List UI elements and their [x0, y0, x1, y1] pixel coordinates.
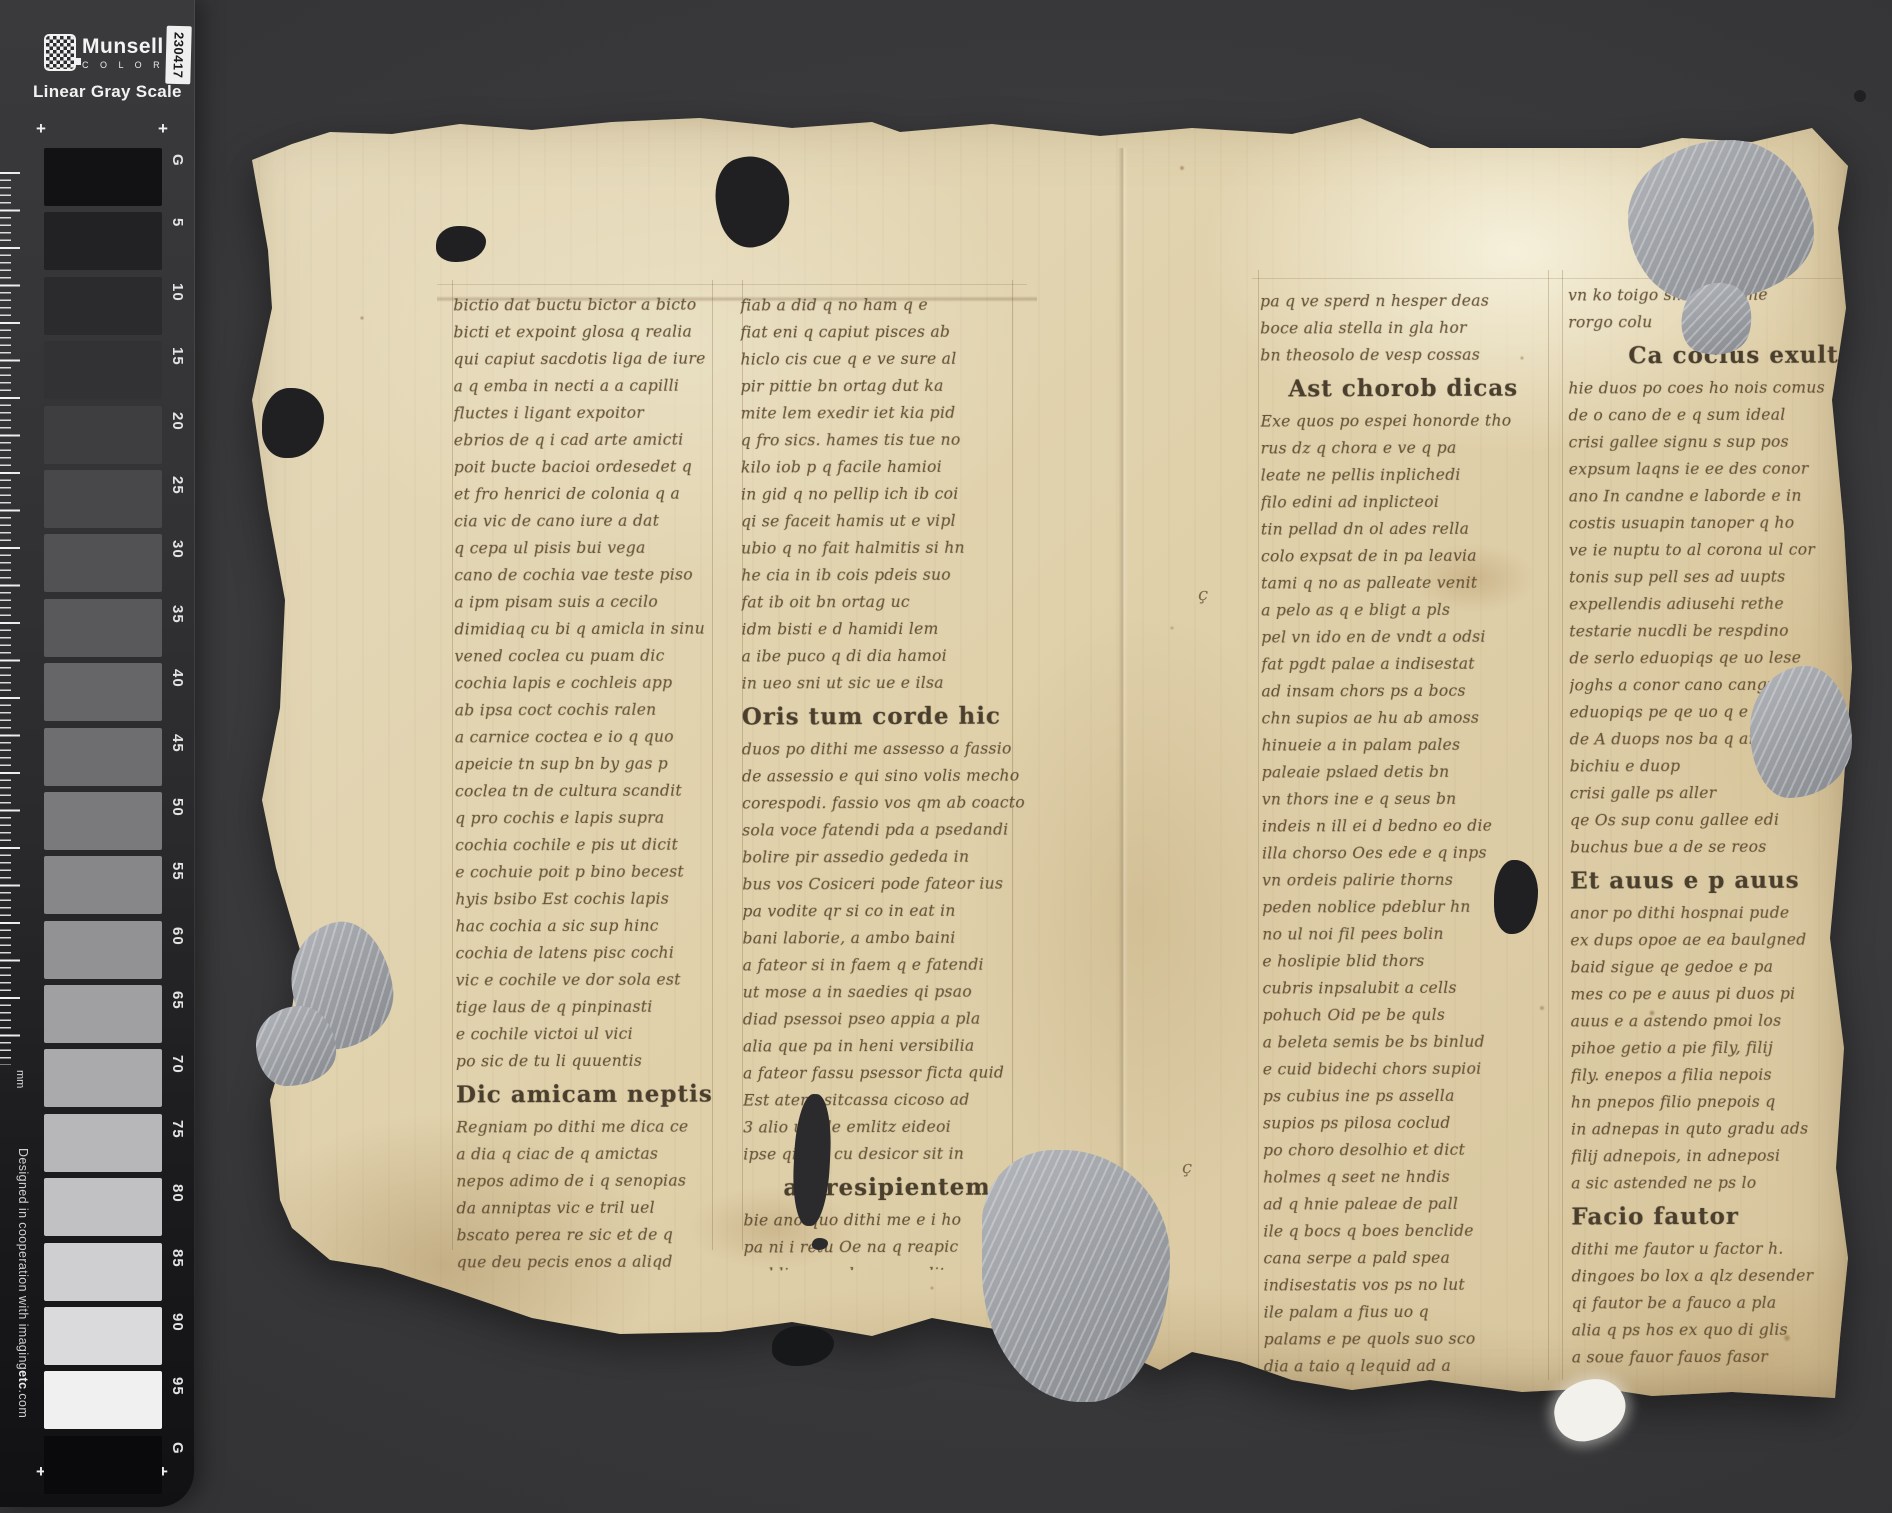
- munsell-grid-icon: [46, 36, 74, 69]
- column-ruling-line: [1562, 270, 1563, 1380]
- gray-patch-row: 60: [44, 921, 162, 979]
- manuscript-text-line: ps cubius ine ps assella: [1263, 1082, 1559, 1110]
- gray-patch-swatch: [44, 856, 162, 914]
- manuscript-text-line: a ipm pisam suis a cecilo: [454, 589, 712, 617]
- manuscript-text-line: crisi gallee signu s sup pos: [1569, 429, 1849, 457]
- register-mark: +: [158, 119, 168, 139]
- gray-patch-swatch: [44, 1243, 162, 1301]
- manuscript-text-line: filo edini ad inplicteoi: [1261, 488, 1557, 516]
- manuscript-text-line: cochia de latens pisc cochi: [456, 940, 714, 968]
- sticker-code: 230417: [165, 26, 192, 85]
- gray-patch-label: 50: [169, 798, 186, 817]
- manuscript-text-line: indeis n ill ei d bedno eo die: [1262, 812, 1558, 840]
- credit-prefix: Designed in cooperation with imaging: [16, 1148, 30, 1370]
- manuscript-text-line: et fro henrici de colonia q a: [454, 481, 712, 509]
- manuscript-text-line: qui capiut sacdotis liga de iure: [453, 346, 711, 374]
- manuscript-text-line: in ueo sni ut sic ue e ilsa: [742, 669, 1047, 697]
- top-ruling-line: [437, 284, 1027, 285]
- manuscript-text-line: cana serpe a pald spea: [1263, 1244, 1559, 1272]
- manuscript-heading: Facio fautor: [1571, 1200, 1851, 1235]
- manuscript-text-line: cochia lapis e cochleis app: [455, 670, 713, 698]
- manuscript-text-line: ve ie nuptu to al corona ul cor: [1569, 537, 1849, 565]
- manuscript-heading: Oris tum corde hic: [742, 699, 1047, 734]
- column-ruling-line: [452, 280, 453, 1250]
- gray-patch-swatch: [44, 470, 162, 528]
- manuscript-text-line: tige laus de q pinpinasti: [456, 994, 714, 1022]
- manuscript-text-line: coclea tn de cultura scandit: [455, 778, 713, 806]
- gray-patch-label: 40: [169, 669, 186, 688]
- manuscript-text-line: idm bisti e d hamidi lem: [741, 615, 1046, 643]
- manuscript-text-line: boce alia stella in gla hor: [1260, 314, 1556, 342]
- manuscript-text-line: hac cochia a sic sup hinc: [455, 913, 713, 941]
- register-mark: +: [36, 119, 46, 139]
- gray-scale-patch-list: G5101520253035404550556065707580859095G: [44, 148, 162, 1494]
- gray-patch-row: 65: [44, 985, 162, 1043]
- manuscript-text-line: ut mose a in saedies qi psao: [743, 978, 1048, 1006]
- manuscript-text-line: bn theosolo de vesp cossas: [1260, 341, 1556, 369]
- manuscript-text-line: tin pellad dn ol ades rella: [1261, 515, 1557, 543]
- manuscript-text-line: filij adnepois, in adneposi: [1571, 1143, 1851, 1171]
- manuscript-text-line: pa q ve sperd n hesper deas: [1260, 287, 1556, 315]
- column-ruling-line: [1258, 270, 1259, 1380]
- manuscript-text-line: q fro sics. hames tis tue no: [741, 426, 1046, 454]
- manuscript-text-line: alia q ps hos ex quo di glis: [1572, 1317, 1852, 1345]
- gray-patch-label: 90: [169, 1313, 186, 1332]
- manuscript-text-line: a q emba in necti a a capilli: [454, 373, 712, 401]
- manuscript-text-line: vened coclea cu puam dic: [455, 643, 713, 671]
- gray-patch-swatch: [44, 1371, 162, 1429]
- gray-patch-swatch: [44, 277, 162, 335]
- manuscript-text-line: de assessio e qui sino volis mecho: [742, 762, 1047, 790]
- manuscript-text-line: expsum laqns ie ee des conor: [1569, 456, 1849, 484]
- gray-patch-row: 85: [44, 1243, 162, 1301]
- manuscript-text-line: hinueie a in palam pales: [1262, 731, 1558, 759]
- manuscript-text-line: kilo iob p q facile hamioi: [741, 453, 1046, 481]
- manuscript-text-line: a dia q ciac de q amictas: [456, 1141, 714, 1169]
- gray-patch-row: 30: [44, 534, 162, 592]
- manuscript-text-line: ubio q no fait halmitis si hn: [741, 534, 1046, 562]
- brand-name: Munsell: [82, 36, 164, 58]
- manuscript-text-line: dingoes bo lox a qlz desender: [1571, 1263, 1851, 1291]
- manuscript-text-line: po choro desolhio et dict: [1263, 1136, 1559, 1164]
- manuscript-text-line: holmes q seet ne hndis: [1263, 1163, 1559, 1191]
- manuscript-text-line: buchus bue a de se reos: [1570, 834, 1850, 862]
- gray-patch-label: 55: [169, 862, 186, 881]
- gray-patch-swatch: [44, 1178, 162, 1236]
- manuscript-text-line: mes co pe e auus pi duos pi: [1571, 981, 1851, 1009]
- manuscript-text-line: ad q hnie paleae de pall: [1263, 1190, 1559, 1218]
- gray-patch-swatch: [44, 406, 162, 464]
- gray-patch-label: 10: [169, 283, 186, 302]
- gray-patch-row: 80: [44, 1178, 162, 1236]
- manuscript-text-line: cubris inpsalubit a cells: [1262, 974, 1558, 1002]
- manuscript-text-line: ano In candne e laborde e in: [1569, 483, 1849, 511]
- manuscript-text-line: indisestatis vos ps no lut: [1264, 1271, 1560, 1299]
- manuscript-text-line: duos po dithi me assesso a fassio: [742, 735, 1047, 763]
- manuscript-text-line: vic e cochile ve dor sola est: [456, 967, 714, 995]
- credit-text: Designed in cooperation with imagingetc.…: [16, 1148, 30, 1418]
- manuscript-text-line: que deu pecis enos a aliqd: [457, 1249, 715, 1271]
- gray-patch-row: G: [44, 148, 162, 206]
- manuscript-text-line: ex dups opoe ae ea baulgned: [1570, 927, 1850, 955]
- manuscript-text-line: ebrios de q i cad arte amicti: [454, 427, 712, 455]
- text-column-2: fiab a did q no ham q efiat eni q capiut…: [740, 291, 1048, 1270]
- gray-patch-row: 5: [44, 212, 162, 270]
- gray-patch-label: 5: [169, 218, 186, 227]
- manuscript-text-line: poit bucte bacioi ordesedet q: [454, 454, 712, 482]
- tear-backing-left-edge-lower: [256, 1006, 336, 1086]
- gray-patch-swatch: [44, 599, 162, 657]
- gray-patch-swatch: [44, 1436, 162, 1494]
- manuscript-text-line: a soue fauor fauos fasor: [1572, 1344, 1852, 1372]
- gray-patch-swatch: [44, 212, 162, 270]
- manuscript-text-line: in adnepas in quto gradu ads: [1571, 1116, 1851, 1144]
- manuscript-text-line: pohuch Oid pe be quls: [1263, 1001, 1559, 1029]
- gray-patch-label: 20: [169, 412, 186, 431]
- manuscript-text-line: corespodi. fassio vos qm ab coacto: [742, 789, 1047, 817]
- gray-patch-swatch: [44, 792, 162, 850]
- manuscript-text-line: hiclo cis cue q e ve sure al: [740, 345, 1045, 373]
- manuscript-text-line: da anniptas vic e tril uel: [456, 1195, 714, 1223]
- column-ruling-line: [1012, 280, 1013, 1250]
- text-column-4: vn ko toigo smne os smerorgo coluCa coci…: [1568, 282, 1852, 1389]
- gray-patch-label: 85: [169, 1249, 186, 1268]
- manuscript-text-line: a beleta semis be bs binlud: [1263, 1028, 1559, 1056]
- gray-scale-title: Linear Gray Scale: [33, 82, 182, 102]
- credit-bold: etc: [16, 1370, 30, 1389]
- gray-patch-row: 35: [44, 599, 162, 657]
- manuscript-text-line: costis usuapin tanoper q ho: [1569, 510, 1849, 538]
- manuscript-text-line: 3 alio usede emlitz eideoi: [743, 1113, 1048, 1141]
- manuscript-heading: Ast chorob dicas: [1288, 371, 1556, 406]
- gray-patch-label: 60: [169, 927, 186, 946]
- manuscript-text-line: bani laborie, a ambo baini: [743, 924, 1048, 952]
- gray-patch-label: 75: [169, 1120, 186, 1139]
- gray-patch-swatch: [44, 663, 162, 721]
- manuscript-text-line: a sic astended ne ps lo: [1571, 1170, 1851, 1198]
- manuscript-text-line: e cochile victoi ul vici: [456, 1021, 714, 1049]
- gray-patch-swatch: [44, 1307, 162, 1365]
- munsell-logo: Munsell C O L O R: [46, 36, 164, 70]
- manuscript-text-line: Est atens sitcassa cicoso ad: [743, 1086, 1048, 1114]
- manuscript-text-line: dithi me fautor u factor h.: [1571, 1236, 1851, 1264]
- manuscript-text-line: hn pnepos filio pnepois q: [1571, 1089, 1851, 1117]
- gray-patch-row: 20: [44, 406, 162, 464]
- gray-patch-row: 75: [44, 1114, 162, 1172]
- brand-block: Munsell C O L O R: [82, 36, 164, 70]
- manuscript-text-line: bicti et expoint glosa q realia: [453, 319, 711, 347]
- gray-patch-swatch: [44, 534, 162, 592]
- manuscript-text-line: mite lem exedir iet kia pid: [741, 399, 1046, 427]
- manuscript-heading: Dic amicam neptis: [456, 1078, 714, 1113]
- gray-patch-swatch: [44, 1114, 162, 1172]
- manuscript-text-line: bus vos Cosiceri pode fateor ius: [742, 870, 1047, 898]
- manuscript-text-line: qe Os sup conu gallee edi: [1570, 807, 1850, 835]
- marginal-mark: ç: [1182, 1158, 1192, 1178]
- manuscript-text-line: testarie nucdli be respdino: [1569, 618, 1849, 646]
- ruler-unit-label: mm: [14, 1070, 26, 1088]
- gray-patch-row: 95: [44, 1371, 162, 1429]
- manuscript-text-line: fiab a did q no ham q e: [740, 291, 1045, 319]
- column-ruling-line: [712, 280, 713, 1250]
- gray-patch-label: G: [169, 154, 186, 167]
- manuscript-text-line: a fateor fassu psessor ficta quid: [743, 1059, 1048, 1087]
- manuscript-text-line: fily. enepos a filia nepois: [1571, 1062, 1851, 1090]
- manuscript-text-line: auus e a astendo pmoi los: [1571, 1008, 1851, 1036]
- manuscript-text-line: bictio dat buctu bictor a bicto: [453, 292, 711, 320]
- manuscript-text-line: in gid q no pellip ich ib coi: [741, 480, 1046, 508]
- manuscript-text-line: a carnice coctea e io q quo: [455, 724, 713, 752]
- manuscript-text-line: cochia cochile e pis ut dicit: [455, 832, 713, 860]
- manuscript-text-line: cia vic de cano iure a dat: [454, 508, 712, 536]
- mm-ruler-major-ticks: [0, 172, 20, 1065]
- manuscript-text-line: alia que pa in heni versibilia: [743, 1032, 1048, 1060]
- gray-patch-row: 40: [44, 663, 162, 721]
- gray-patch-row: 55: [44, 856, 162, 914]
- manuscript-text-line: tonis sup pell ses ad uupts: [1569, 564, 1849, 592]
- manuscript-text-line: fat ib oit bn ortag uc: [741, 588, 1046, 616]
- manuscript-text-line: cano de cochia vae teste piso: [454, 562, 712, 590]
- manuscript-text-line: a fateor si in faem q e fatendi: [743, 951, 1048, 979]
- manuscript-text-line: colo expsat de in pa leavia: [1261, 542, 1557, 570]
- manuscript-text-line: baid sigue qe gedoe e pa: [1570, 954, 1850, 982]
- manuscript-text-line: supios ps pilosa coclud: [1263, 1109, 1559, 1137]
- manuscript-text-line: de o cano de e q sum ideal: [1568, 402, 1848, 430]
- manuscript-text-line: vn thors ine e q seus bn: [1262, 785, 1558, 813]
- gray-patch-label: 95: [169, 1377, 186, 1396]
- manuscript-text-line: diad psessoi pseo appia a pla: [743, 1005, 1048, 1033]
- gray-patch-swatch: [44, 341, 162, 399]
- manuscript-text-line: ab ipsa coct cochis ralen: [455, 697, 713, 725]
- gray-patch-label: G: [169, 1442, 186, 1455]
- tear-backing-right-edge: [1750, 666, 1852, 798]
- manuscript-text-line: hyis bsibo Est cochis lapis: [455, 886, 713, 914]
- credit-suffix: .com: [16, 1389, 30, 1418]
- manuscript-text-line: bolire pir assedio gededa in: [742, 843, 1047, 871]
- manuscript-heading: Et auus e p auus: [1570, 864, 1850, 899]
- gray-patch-label: 30: [169, 540, 186, 559]
- marginal-mark: ç: [1198, 585, 1208, 605]
- manuscript-text-line: expellendis adiusehi rethe: [1569, 591, 1849, 619]
- manuscript-text-line: rus dz q chora e ve q pa: [1261, 434, 1557, 462]
- manuscript-text-line: he cia in ib cois pdeis suo: [741, 561, 1046, 589]
- manuscript-text-line: paleaie pslaed detis bn: [1262, 758, 1558, 786]
- manuscript-text-line: a ibe puco q di dia hamoi: [742, 642, 1047, 670]
- manuscript-text-line: tami q no as palleate venit: [1261, 569, 1557, 597]
- small-hole-top-right: [1854, 90, 1866, 102]
- manuscript-text-line: chn supios ae hu ab amoss: [1262, 704, 1558, 732]
- gray-patch-swatch: [44, 1049, 162, 1107]
- manuscript-text-line: q pro cochis e lapis supra: [455, 805, 713, 833]
- photograph-stage: Munsell C O L O R 230417 Linear Gray Sca…: [0, 0, 1892, 1513]
- gray-patch-swatch: [44, 921, 162, 979]
- gray-patch-swatch: [44, 985, 162, 1043]
- manuscript-text-line: pel vn ido en de vndt a odsi: [1261, 623, 1557, 651]
- manuscript-text-line: bscato perea re sic et de q: [457, 1222, 715, 1250]
- gray-patch-row: 90: [44, 1307, 162, 1365]
- manuscript-text-line: dimidiaq cu bi q amicla in sinu: [454, 616, 712, 644]
- text-column-3: pa q ve sperd n hesper deasboce alia ste…: [1260, 287, 1560, 1388]
- manuscript-text-line: Regniam po dithi me dica ce: [456, 1114, 714, 1142]
- manuscript-text-line: fiat eni q capiut pisces ab: [740, 318, 1045, 346]
- manuscript-text-line: e cochuie poit p bino becest: [455, 859, 713, 887]
- column-ruling-line: [1548, 270, 1549, 1380]
- manuscript-text-line: ipse qi cor cu desicor sit in: [743, 1140, 1048, 1168]
- manuscript-text-line: anor po dithi hospnai pude: [1570, 900, 1850, 928]
- gray-patch-row: 15: [44, 341, 162, 399]
- gray-patch-row: 50: [44, 792, 162, 850]
- tear-backing-top-right: [1628, 140, 1814, 302]
- manuscript-text-line: pihoe getio a pie fily, filij: [1571, 1035, 1851, 1063]
- brand-color-word: C O L O R: [82, 60, 164, 70]
- text-column-1: bictio dat buctu bictor a bictobicti et …: [453, 292, 714, 1271]
- manuscript-text-line: e hoslipie blid thors: [1262, 947, 1558, 975]
- manuscript-text-line: q cepa ul pisis bui vega: [454, 535, 712, 563]
- gray-patch-row: G: [44, 1436, 162, 1494]
- column-ruling-line: [742, 280, 743, 1250]
- munsell-calibration-card: Munsell C O L O R 230417 Linear Gray Sca…: [0, 0, 195, 1507]
- manuscript-text-line: sola voce fatendi pda a psedandi: [742, 816, 1047, 844]
- manuscript-text-line: ile palam a fius uo q: [1264, 1298, 1560, 1326]
- manuscript-text-line: pir pittie bn ortag dut ka: [741, 372, 1046, 400]
- manuscript-text-line: a pelo as q e bligt a pls: [1261, 596, 1557, 624]
- manuscript-text-line: pa vodite qr si co in eat in: [742, 897, 1047, 925]
- manuscript-text-line: leate ne pellis inplichedi: [1261, 461, 1557, 489]
- manuscript-text-line: palams e pe quols suo sco: [1264, 1325, 1560, 1353]
- gray-patch-row: 45: [44, 728, 162, 786]
- manuscript-text-line: dia a taio q lequid ad a: [1264, 1352, 1560, 1380]
- gray-patch-label: 35: [169, 605, 186, 624]
- manuscript-text-line: Exe quos po espei honorde tho: [1260, 407, 1556, 435]
- gray-patch-row: 70: [44, 1049, 162, 1107]
- gray-patch-swatch: [44, 148, 162, 206]
- manuscript-text-line: nepos adimo de i q senopias: [456, 1168, 714, 1196]
- gray-patch-row: 25: [44, 470, 162, 528]
- manuscript-text-line: fluctes i ligant expoitor: [454, 400, 712, 428]
- manuscript-text-line: qi fautor be a fauco a pla: [1572, 1290, 1852, 1318]
- gray-patch-label: 25: [169, 476, 186, 495]
- manuscript-text-line: e cuid bidechi chors supioi: [1263, 1055, 1559, 1083]
- gray-patch-label: 65: [169, 991, 186, 1010]
- gray-patch-swatch: [44, 728, 162, 786]
- manuscript-text-line: fat pgdt palae a indisestat: [1261, 650, 1557, 678]
- manuscript-text-line: hie duos po coes ho nois comus: [1568, 375, 1848, 403]
- gray-patch-label: 15: [169, 347, 186, 366]
- gray-patch-label: 80: [169, 1184, 186, 1203]
- manuscript-text-line: apeicie tn sup bn by gas p: [455, 751, 713, 779]
- gray-patch-row: 10: [44, 277, 162, 335]
- manuscript-text-line: ad insam chors ps a bocs: [1261, 677, 1557, 705]
- gray-patch-label: 45: [169, 734, 186, 753]
- manuscript-text-line: po sic de tu li quuentis: [456, 1048, 714, 1076]
- manuscript-text-line: ile q bocs q boes benclide: [1263, 1217, 1559, 1245]
- gray-patch-label: 70: [169, 1055, 186, 1074]
- manuscript-text-line: qi se faceit hamis ut e vipl: [741, 507, 1046, 535]
- horizontal-fold-crease: [437, 296, 1037, 302]
